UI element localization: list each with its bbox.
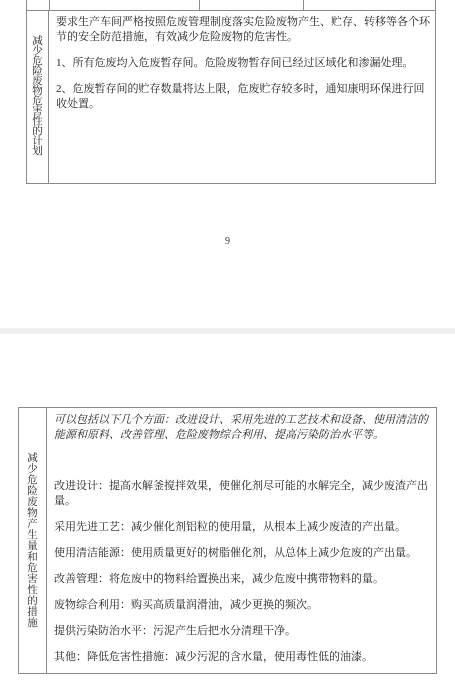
paragraph: 改进设计：提高水解釜搅拌效果，使催化剂尽可能的水解完全，减少废渣产出量。 — [54, 479, 433, 509]
paragraph: 1、所有危废均入危废暂存间。危险废物暂存间已经过区域化和渗漏处理。 — [56, 56, 432, 71]
waste-reduction-measures-table: 减少危险废物产生量和危害性的措施 可以包括以下几个方面：改进设计、采用先进的工艺… — [18, 407, 437, 674]
plan-content-cell: 要求生产车间严格按照危废管理制度落实危险废物产生、贮存、转移等各个环节的安全防范… — [49, 11, 435, 183]
paragraph: 其他：降低危害性措施：减少污泥的含水量，使用毒性低的油漆。 — [54, 650, 433, 665]
page-1: 减少危险废物危害性的计划 要求生产车间严格按照危废管理制度落实危险废物产生、贮存… — [0, 0, 455, 328]
intro-paragraph-italic: 可以包括以下几个方面：改进设计、采用先进的工艺技术和设备、使用清洁的能源和原料、… — [54, 413, 433, 443]
hazard-reduction-plan-table: 减少危险废物危害性的计划 要求生产车间严格按照危废管理制度落实危险废物产生、贮存… — [26, 0, 436, 184]
section-label-vertical: 减少危险废物产生量和危害性的措施 — [26, 453, 39, 629]
table-row: 减少危险废物危害性的计划 要求生产车间严格按照危废管理制度落实危险废物产生、贮存… — [27, 11, 435, 183]
paragraph: 改善管理：将危废中的物料给置换出来，减少危废中携带物料的量。 — [54, 572, 433, 587]
paragraph: 要求生产车间严格按照危废管理制度落实危险废物产生、贮存、转移等各个环节的安全防范… — [56, 15, 432, 45]
paragraph: 使用清洁能源：使用质量更好的树脂催化剂，从总体上减少危废的产出量。 — [54, 546, 433, 561]
paragraph: 提供污染防治水平：污泥产生后把水分清理干净。 — [54, 624, 433, 639]
section-label-cell: 减少危险废物危害性的计划 — [27, 11, 49, 183]
previous-row-cell — [199, 0, 303, 10]
previous-row-cell — [49, 0, 199, 10]
paragraph: 废物综合利用：购买高质量润滑油，减少更换的频次。 — [54, 598, 433, 613]
paragraph: 2、危废暂存间的贮存数量将达上限，危废贮存较多时，通知康明环保进行回收处置。 — [56, 82, 432, 112]
previous-row-cell — [27, 0, 49, 10]
section-label-vertical: 减少危险废物危害性的计划 — [31, 37, 44, 157]
measures-content-cell: 可以包括以下几个方面：改进设计、采用先进的工艺技术和设备、使用清洁的能源和原料、… — [47, 408, 436, 673]
page-number: 9 — [0, 236, 455, 247]
paragraph: 采用先进工艺：减少催化剂铝粒的使用量，从根本上减少废渣的产出量。 — [54, 520, 433, 535]
previous-row-cell — [303, 0, 435, 10]
previous-row-fragment — [27, 0, 435, 11]
section-label-cell: 减少危险废物产生量和危害性的措施 — [19, 408, 47, 673]
